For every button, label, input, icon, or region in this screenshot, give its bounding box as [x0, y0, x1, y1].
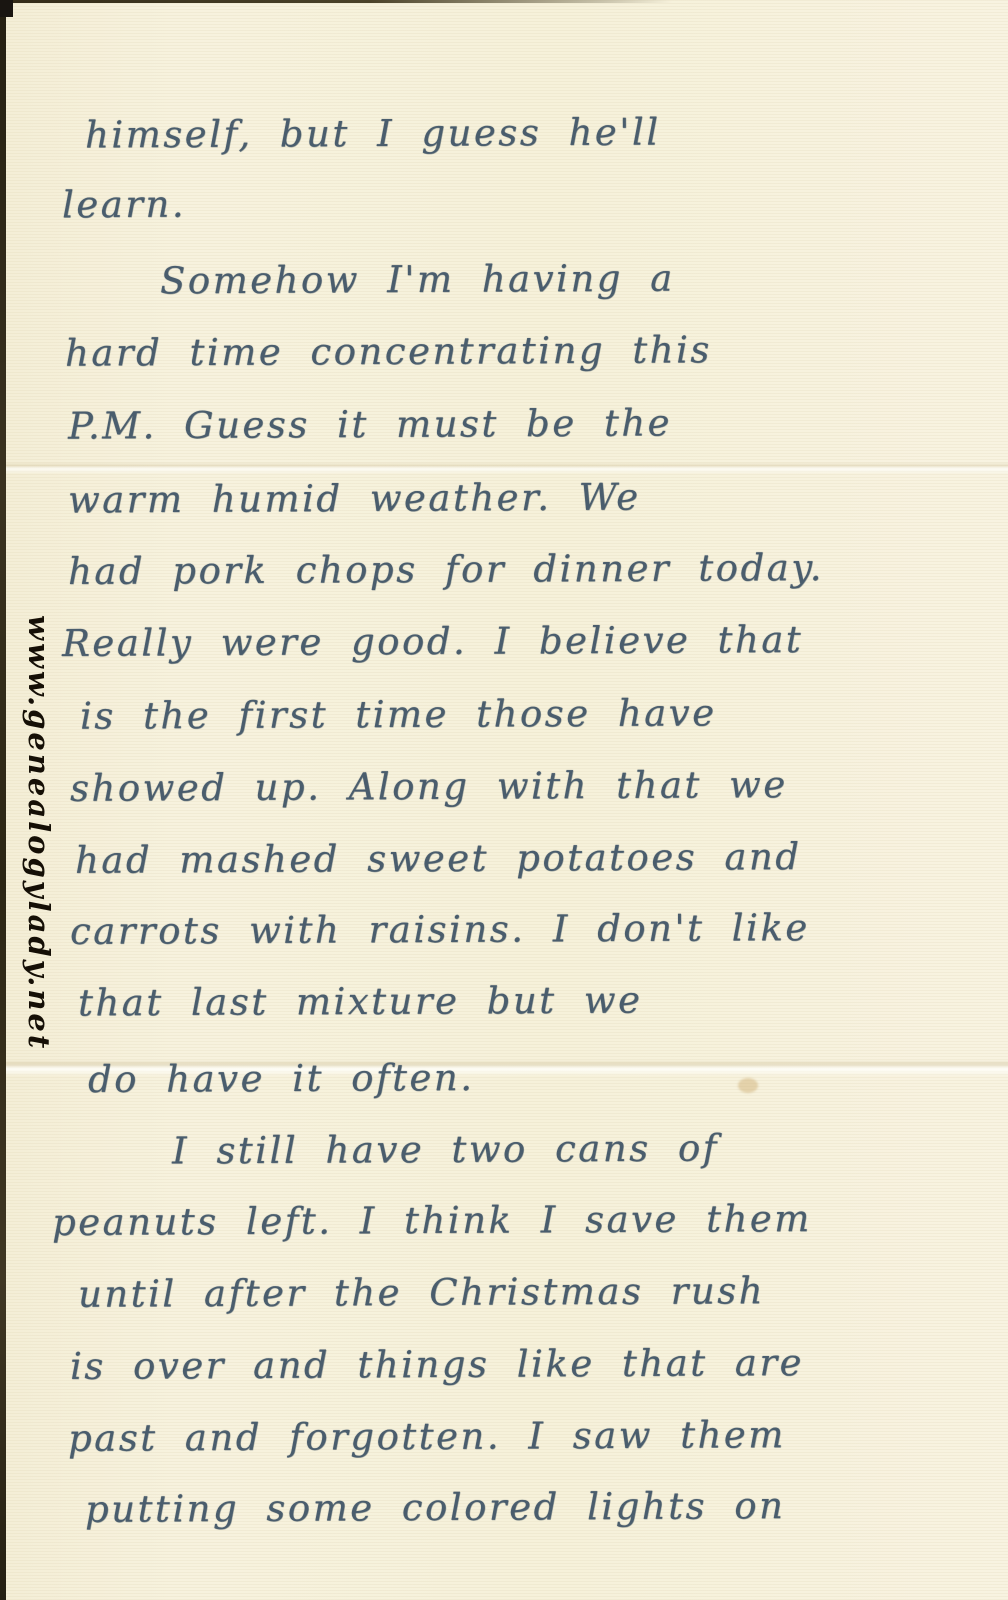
letter-line: do have it often.	[88, 1056, 475, 1101]
letter-line: learn.	[62, 183, 186, 227]
letter-paper: www.genealogylady.net himself, but I gue…	[0, 0, 1008, 1600]
letter-line: putting some colored lights on	[85, 1484, 786, 1531]
scanner-edge-top	[0, 0, 672, 3]
letter-line: is over and things like that are	[70, 1341, 804, 1388]
letter-line: warm humid weather. We	[68, 476, 641, 522]
fold-crease-top	[6, 462, 1008, 474]
watermark: www.genealogylady.net	[22, 615, 56, 1051]
letter-line: had mashed sweet potatoes and	[75, 835, 802, 882]
letter-line: past and forgotten. I saw them	[68, 1413, 786, 1460]
letter-line: peanuts left. I think I save them	[52, 1197, 812, 1244]
letter-line: until after the Christmas rush	[78, 1269, 765, 1316]
letter-line: hard time concentrating this	[65, 328, 712, 374]
letter-line: carrots with raisins. I don't like	[70, 906, 810, 953]
letter-line: Really were good. I believe that	[62, 618, 803, 665]
letter-line: I still have two cans of	[172, 1127, 719, 1173]
letter-line: Somehow I'm having a	[160, 257, 675, 303]
letter-line: showed up. Along with that we	[70, 763, 788, 810]
letter-line: P.M. Guess it must be the	[68, 401, 672, 447]
letter-line: that last mixture but we	[78, 979, 643, 1025]
letter-line: is the first time those have	[80, 691, 717, 737]
scanner-corner-mark	[0, 0, 13, 17]
scanner-edge-left	[0, 0, 6, 1600]
letter-line: had pork chops for dinner today.	[68, 546, 824, 593]
paper-stain	[738, 1078, 758, 1093]
letter-line: himself, but I guess he'll	[85, 110, 661, 156]
